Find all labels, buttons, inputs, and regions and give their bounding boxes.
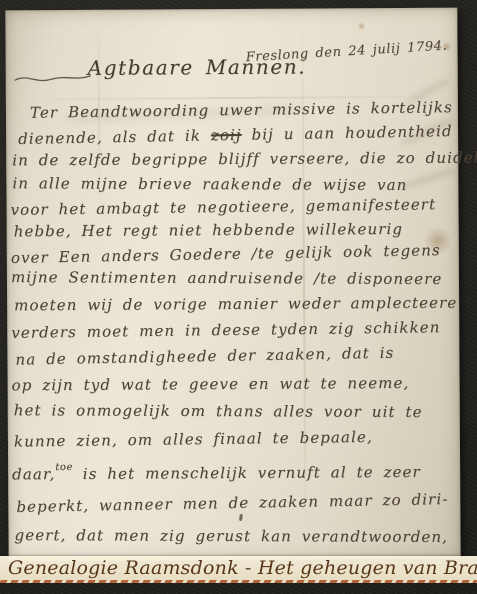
letter-scan: Freslong den 24 julij 1794. Agtbaare Man… xyxy=(5,8,460,562)
scanned-letter-page: Freslong den 24 julij 1794. Agtbaare Man… xyxy=(0,0,477,594)
handwritten-line: kunne zien, om alles finaal te bepaale, xyxy=(14,428,373,451)
letter-salutation: Agtbaare Mannen. xyxy=(88,55,307,80)
struck-word: zoij xyxy=(211,126,242,145)
handwritten-line: mijne Sentimenten aandruisende /te dispo… xyxy=(11,268,442,288)
line-text: is het menschelijk vernuft al te zeer xyxy=(73,463,421,483)
handwritten-line: in alle mijne brieve raakende de wijse v… xyxy=(12,174,407,194)
salutation-flourish xyxy=(14,70,92,86)
handwritten-line: hebbe, Het regt niet hebbende willekeuri… xyxy=(14,220,404,240)
line-text: dienende, als dat ik xyxy=(18,126,211,148)
handwritten-line: over Een anders Goedere /te gelijk ook t… xyxy=(11,241,441,267)
handwritten-line: beperkt, wanneer men de zaaken maar zo d… xyxy=(16,490,448,516)
handwritten-line: dienende, als dat ik zoij bij u aan houd… xyxy=(18,122,453,148)
handwritten-line: moeten wij de vorige manier weder amplec… xyxy=(14,294,457,315)
ink-stain xyxy=(357,22,365,30)
handwritten-line: Ter Beandtwoording uwer missive is korte… xyxy=(30,98,453,122)
handwritten-line: voor het ambagt te negotieere, gemanifes… xyxy=(10,195,436,219)
handwritten-line: daar,toe is het menschelijk vernuft al t… xyxy=(12,460,421,483)
line-text: daar, xyxy=(12,465,55,483)
ink-dot xyxy=(239,514,243,521)
handwritten-line: in de zelfde begrippe blijff verseere, d… xyxy=(12,148,477,169)
line-text: bij u aan houdentheid xyxy=(242,122,453,144)
handwritten-line: verders moet men in deese tyden zig schi… xyxy=(11,318,440,342)
inserted-word-above: toe xyxy=(55,462,73,473)
handwritten-line: op zijn tyd wat te geeve en wat te neeme… xyxy=(12,374,410,394)
handwritten-line: geert, dat men zig gerust kan verandtwoo… xyxy=(14,526,448,546)
caption-text: Genealogie Raamsdonk - Het geheugen van … xyxy=(8,557,477,579)
caption-band: Genealogie Raamsdonk - Het geheugen van … xyxy=(0,556,477,583)
handwritten-line: na de omstandigheede der zaaken, dat is xyxy=(15,344,394,369)
handwritten-line: het is onmogelijk om thans alles voor ui… xyxy=(14,401,423,421)
dashed-rule xyxy=(0,580,477,583)
